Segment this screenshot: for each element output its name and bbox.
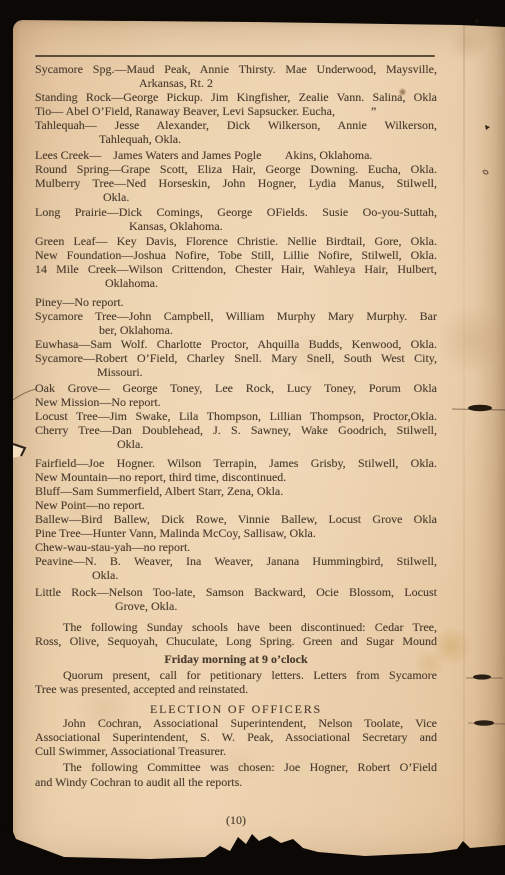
- text-line: Arkansas, Rt. 2: [35, 76, 437, 90]
- text-line: Piney—No report.: [35, 295, 437, 309]
- text-line: Quorum present, call for petitionary let…: [35, 668, 437, 682]
- text-line: Okla.: [35, 568, 437, 582]
- text-line: Ballew—Bird Ballew, Dick Rowe, Vinnie Ba…: [35, 512, 437, 526]
- text-line: Okla.: [35, 437, 437, 451]
- text-line: Long Prairie—Dick Comings, George OField…: [35, 205, 437, 219]
- page-text: Sycamore Spg.—Maud Peak, Annie Thirsty. …: [35, 62, 437, 789]
- text-line: Tio— Abel O’Field, Ranaway Beaver, Levi …: [35, 104, 437, 118]
- text-line: 14 Mile Creek—Wilson Crittendon, Chester…: [35, 262, 437, 276]
- text-line: Pine Tree—Hunter Vann, Malinda McCoy, Sa…: [35, 526, 437, 540]
- text-line: Little Rock—Nelson Too-late, Samson Back…: [35, 585, 437, 599]
- text-line: Tahlequah— Jesse Alexander, Dick Wilkers…: [35, 118, 437, 132]
- text-line: Tree was presented, accepted and reinsta…: [35, 682, 437, 696]
- text-line: Grove, Okla.: [35, 599, 437, 613]
- text-line: The following Committee was chosen: Joe …: [35, 760, 437, 774]
- text-line: Sycamore—Robert O’Field, Charley Snell. …: [35, 351, 437, 365]
- horizontal-rule: [35, 55, 435, 57]
- page-number: (10): [35, 813, 437, 828]
- text-line: Chew-wau-stau-yah—no report.: [35, 540, 437, 554]
- text-line: Associational Superintendent, S. W. Peak…: [35, 730, 437, 744]
- text-line: Fairfield—Joe Hogner. Wilson Terrapin, J…: [35, 456, 437, 470]
- text-line: New Foundation—Joshua Nofire, Tobe Still…: [35, 248, 437, 262]
- text-line: Ross, Olive, Sequoyah, Chuculate, Long S…: [35, 634, 437, 648]
- text-line: Sycamore Tree—John Campbell, William Mur…: [35, 309, 437, 323]
- text-line: Lees Creek— James Waters and James Pogle…: [35, 148, 437, 162]
- text-line: Cherry Tree—Dan Doublehead, J. S. Sawney…: [35, 423, 437, 437]
- text-line: Round Spring—Grape Scott, Eliza Hair, Ge…: [35, 162, 437, 176]
- text-line: Cull Swimmer, Associational Treasurer.: [35, 744, 437, 758]
- text-line: and Windy Cochran to audit all the repor…: [35, 775, 437, 789]
- text-line: Standing Rock—George Pickup. Jim Kingfis…: [35, 90, 437, 104]
- text-line: Oklahoma.: [35, 276, 437, 290]
- text-line: Locust Tree—Jim Swake, Lila Thompson, Li…: [35, 409, 437, 423]
- text-line: New Mountain—no report, third time, disc…: [35, 470, 437, 484]
- text-line: The following Sunday schools have been d…: [35, 620, 437, 634]
- text-line: Friday morning at 9 o’clock: [35, 652, 437, 666]
- text-line: John Cochran, Associational Superintende…: [35, 716, 437, 730]
- text-line: Peavine—N. B. Weaver, Ina Weaver, Janana…: [35, 554, 437, 568]
- text-line: Sycamore Spg.—Maud Peak, Annie Thirsty. …: [35, 62, 437, 76]
- text-line: New Mission—No report.: [35, 395, 437, 409]
- text-line: Green Leaf— Key Davis, Florence Christie…: [35, 234, 437, 248]
- text-line: Bluff—Sam Summerfield, Albert Starr, Zen…: [35, 484, 437, 498]
- text-line: Euwhasa—Sam Wolf. Charlotte Proctor, Ahq…: [35, 337, 437, 351]
- text-line: New Point—no report.: [35, 498, 437, 512]
- text-line: Okla.: [35, 190, 437, 204]
- text-line: Missouri.: [35, 365, 437, 379]
- text-line: ELECTION OF OFFICERS: [35, 702, 437, 716]
- paper-crease: [463, 20, 465, 850]
- scan-background: Sycamore Spg.—Maud Peak, Annie Thirsty. …: [0, 0, 505, 875]
- text-line: Oak Grove— George Toney, Lee Rock, Lucy …: [35, 381, 437, 395]
- text-line: Mulberry Tree—Ned Horseskin, John Hogner…: [35, 176, 437, 190]
- text-line: Tahlequah, Okla.: [35, 132, 437, 146]
- page-edge-shadow: [475, 20, 505, 865]
- text-line: ber, Oklahoma.: [35, 323, 437, 337]
- text-line: Kansas, Oklahoma.: [35, 219, 437, 233]
